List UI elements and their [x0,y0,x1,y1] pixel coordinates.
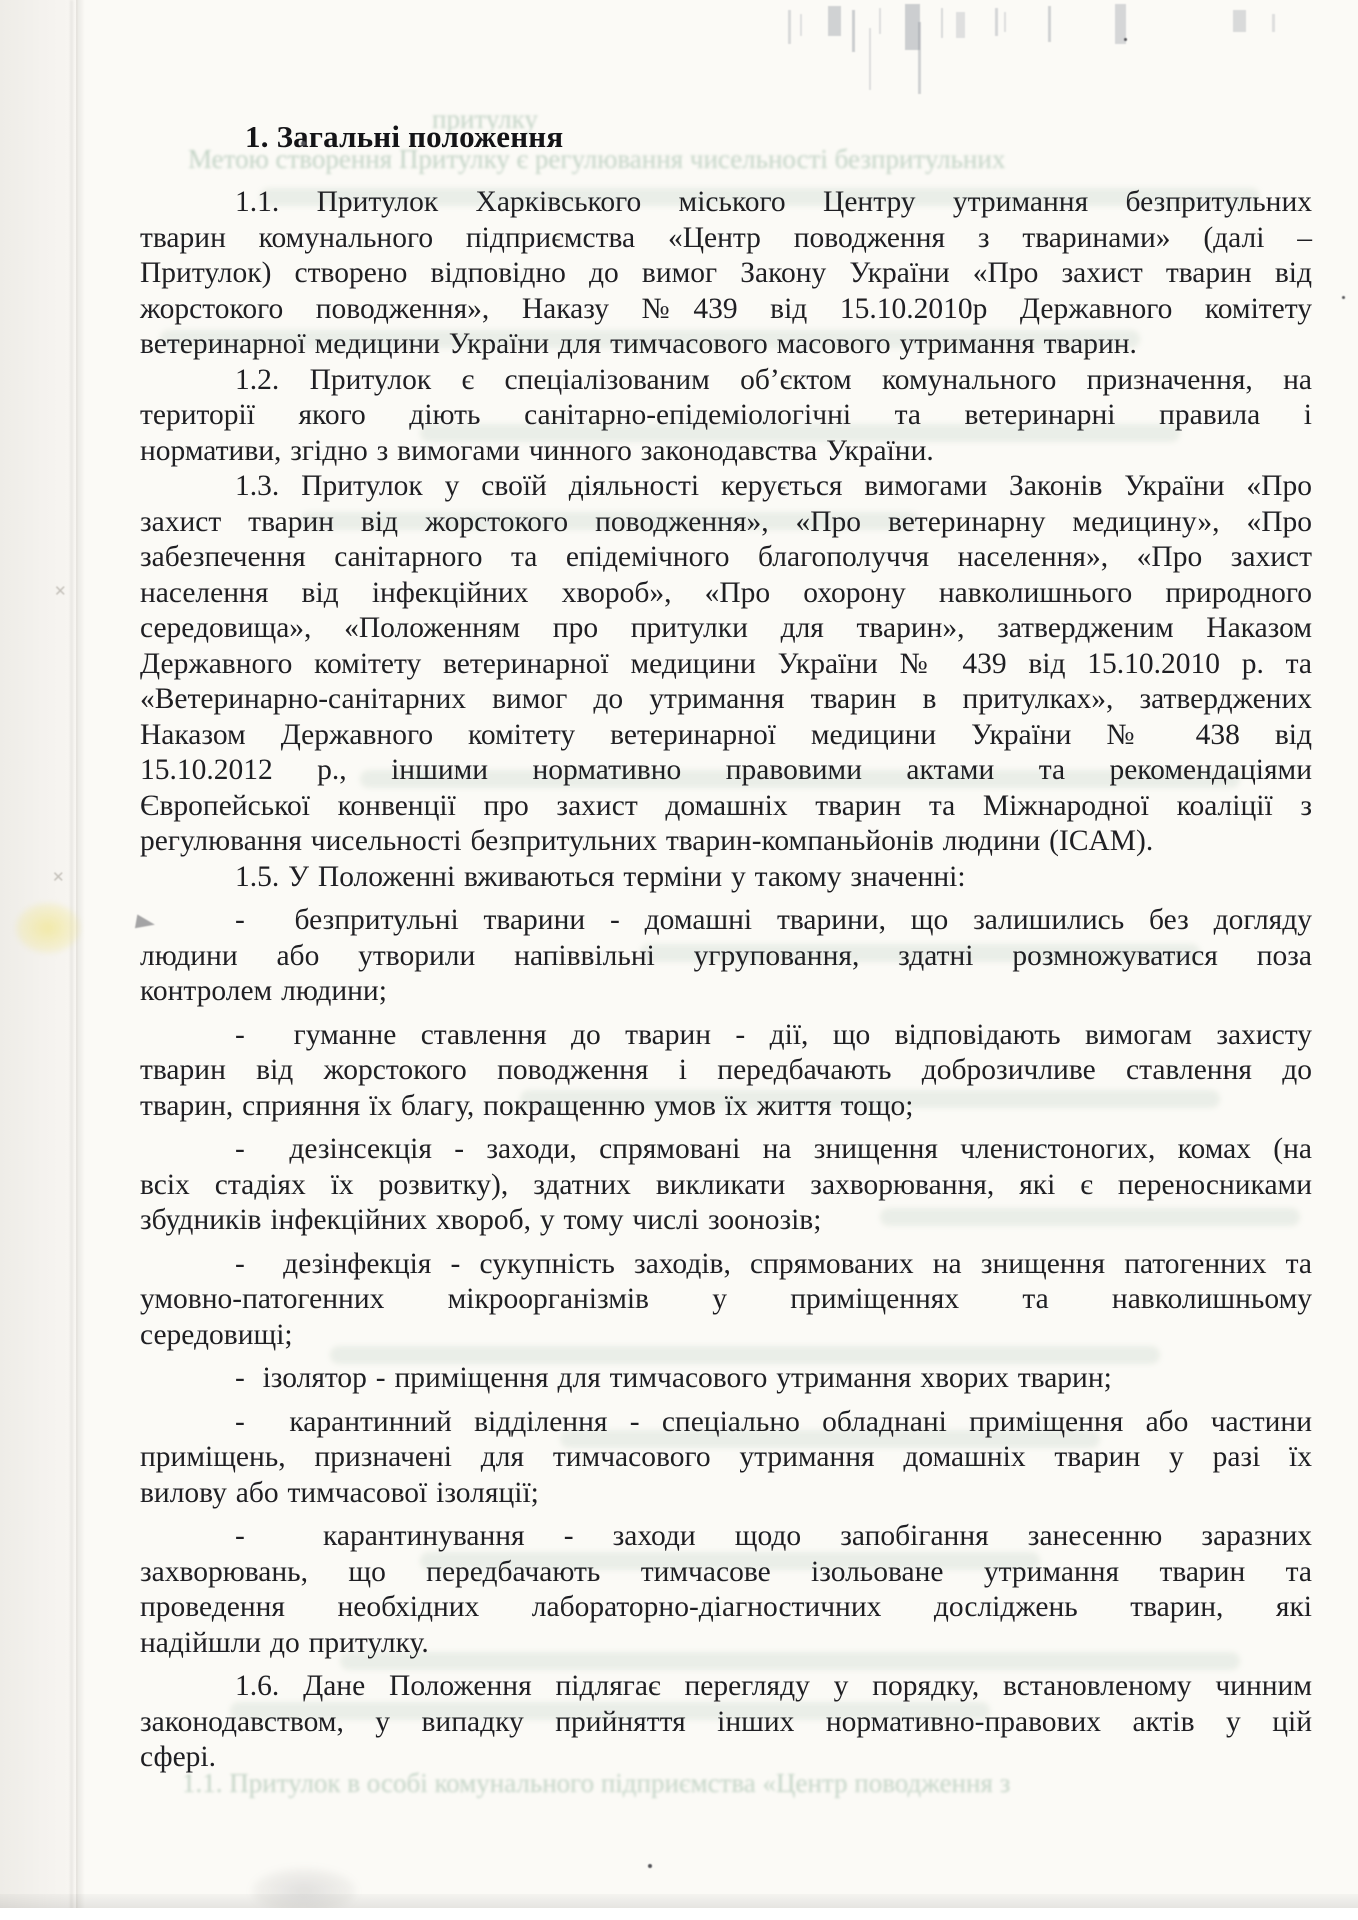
scanner-smudge [956,12,965,38]
yellow-highlight-stain [16,903,80,953]
text-line: середовищі; [140,1318,1312,1354]
text-line: приміщень, призначені для тимчасового ут… [140,1440,1312,1476]
document-content: 1. Загальні положення 1.1. Притулок Харк… [140,119,1312,1776]
scanner-smudge [941,8,943,38]
text-line: контролем людини; [140,974,1312,1010]
document-body: 1.1. Притулок Харківського міського Цент… [140,185,1312,1776]
definition-item: - карантинний відділення - спеціально об… [140,1405,1312,1512]
scanner-smudge [918,22,921,94]
text-line: Притулок) створено відповідно до вимог З… [140,256,1312,292]
definition-item: - безпритульні тварини - домашні тварини… [140,903,1312,1010]
text-line: вилову або тимчасової ізоляції; [140,1476,1312,1512]
text-line: тварин, сприяння їх благу, покращенню ум… [140,1089,1312,1125]
definition-item: - дезінфекція - сукупність заходів, спря… [140,1247,1312,1354]
scanner-smudge [869,28,871,90]
paragraph: 1.2. Притулок є спеціалізованим об’єктом… [140,363,1312,470]
definition-item: - гуманне ставлення до тварин - дії, що … [140,1018,1312,1125]
scanner-smudge [800,14,802,36]
text-line: - дезінсекція - заходи, спрямовані на зн… [140,1132,1312,1168]
text-line: тварин від жорстокого поводження і перед… [140,1053,1312,1089]
text-line: - дезінфекція - сукупність заходів, спря… [140,1247,1312,1283]
fold-crease-shadow [76,0,85,1920]
paragraph: 1.1. Притулок Харківського міського Цент… [140,185,1312,363]
ink-speck [1124,38,1127,41]
text-line: забезпечення санітарного та епідемічного… [140,540,1312,576]
text-line: - гуманне ставлення до тварин - дії, що … [140,1018,1312,1054]
text-line: середовища», «Положенням про притулки дл… [140,611,1312,647]
text-line: 1.1. Притулок Харківського міського Цент… [140,185,1312,221]
text-line: Європейської конвенції про захист домашн… [140,789,1312,825]
text-line: - карантинний відділення - спеціально об… [140,1405,1312,1441]
text-line: надійшли до притулку. [140,1626,1312,1662]
scanner-smudge [828,6,841,36]
gray-arrow-mark [135,914,156,931]
paragraph: 1.5. У Положенні вживаються терміни у та… [140,860,1312,896]
ink-speck [301,141,306,146]
text-line: Державного комітету ветеринарної медицин… [140,647,1312,683]
text-line: захист тварин від жорстокого поводження»… [140,505,1312,541]
text-line: нормативи, згідно з вимогами чинного зак… [140,434,1312,470]
definition-item: - ізолятор - приміщення для тимчасового … [140,1361,1312,1397]
scan-bottom-margin [0,1908,1358,1920]
text-line: законодавством, у випадку прийняття інши… [140,1705,1312,1741]
text-line: «Ветеринарно-санітарних вимог до утриман… [140,682,1312,718]
text-line: - ізолятор - приміщення для тимчасового … [140,1361,1312,1397]
paper-tear-mark: ✕ [54,582,67,600]
scanner-smudge [1004,12,1006,32]
text-line: 1.2. Притулок є спеціалізованим об’єктом… [140,363,1312,399]
fold-crease-line [70,0,73,1920]
page-fold-margin [0,0,78,1920]
scanner-smudge [852,10,855,52]
text-line: сфері. [140,1740,1312,1776]
scanner-smudge [1272,14,1275,32]
text-line: збудників інфекційних хвороб, у тому чис… [140,1203,1312,1239]
scan-bottom-edge [0,1894,1358,1908]
text-line: всіх стадіях їх розвитку), здатних викли… [140,1168,1312,1204]
ink-speck [1342,296,1345,299]
scanner-smudge [1233,10,1246,32]
text-line: ветеринарної медицини України для тимчас… [140,327,1312,363]
text-line: - карантинування - заходи щодо запобіган… [140,1519,1312,1555]
text-line: - безпритульні тварини - домашні тварини… [140,903,1312,939]
scanner-smudge [995,8,998,36]
scanner-smudge [879,8,881,34]
text-line: проведення необхідних лабораторно-діагно… [140,1590,1312,1626]
scanner-smudge [1048,6,1051,42]
text-line: захворювань, що передбачають тимчасове і… [140,1555,1312,1591]
text-line: людини або утворили напіввільні угрупова… [140,939,1312,975]
text-line: жорстокого поводження», Наказу №439 від … [140,292,1312,328]
text-line: території якого діють санітарно-епідеміо… [140,398,1312,434]
text-line: Наказом Державного комітету ветеринарної… [140,718,1312,754]
paragraph: 1.3. Притулок у своїй діяльності керуєть… [140,469,1312,860]
text-line: 15.10.2012 р., іншими нормативно правови… [140,753,1312,789]
text-line: 1.3. Притулок у своїй діяльності керуєть… [140,469,1312,505]
section-heading: 1. Загальні положення [140,119,1312,155]
text-line: умовно-патогенних мікроорганізмів у прим… [140,1282,1312,1318]
ink-speck [648,1864,652,1868]
text-line: населення від інфекційних хвороб», «Про … [140,576,1312,612]
text-line: 1.5. У Положенні вживаються терміни у та… [140,860,1312,896]
paper-tear-mark: ✕ [52,868,65,886]
definition-item: - дезінсекція - заходи, спрямовані на зн… [140,1132,1312,1239]
text-line: регулювання чисельності безпритульних тв… [140,824,1312,860]
text-line: тварин комунального підприємства «Центр … [140,221,1312,257]
definition-item: - карантинування - заходи щодо запобіган… [140,1519,1312,1661]
paragraph: 1.6. Дане Положення підлягає перегляду у… [140,1669,1312,1776]
text-line: 1.6. Дане Положення підлягає перегляду у… [140,1669,1312,1705]
scanner-smudge [788,10,791,44]
scanned-page: притулкуМетою створення Притулку є регул… [0,0,1358,1920]
